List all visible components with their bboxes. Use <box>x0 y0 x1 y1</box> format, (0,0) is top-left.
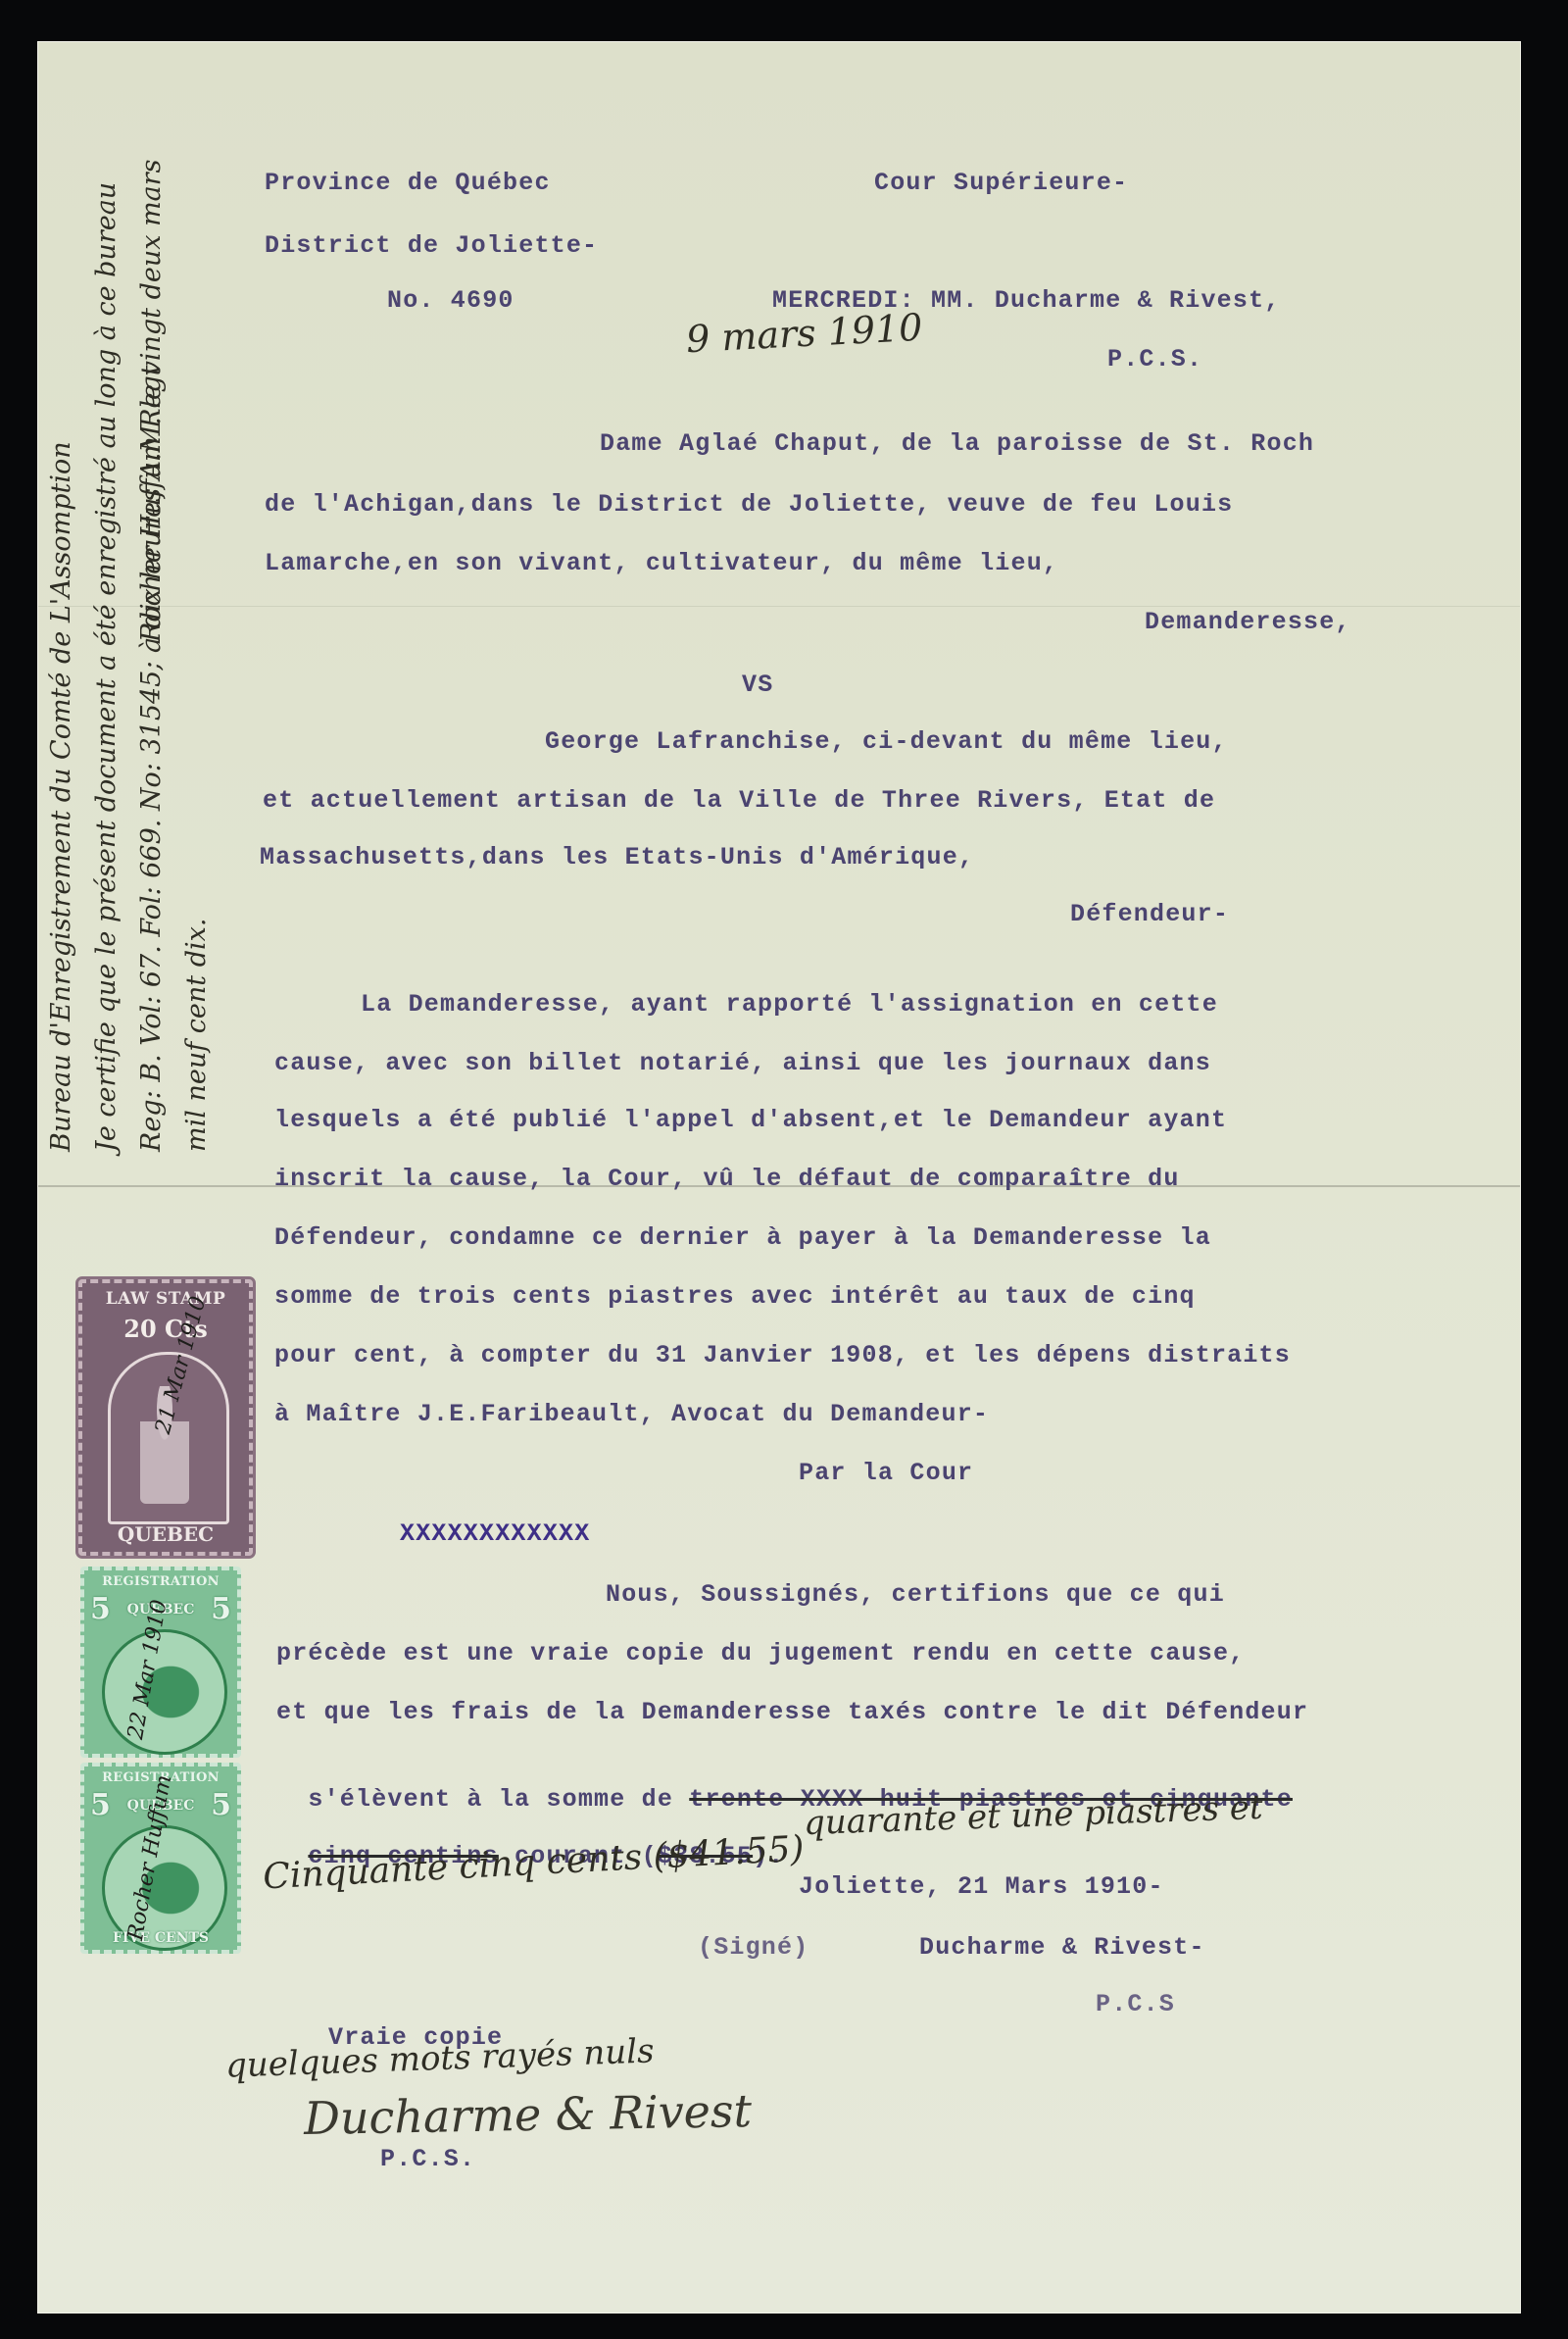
registration-stamp: REGISTRATION 5 QUEBEC 5 FIVE CENTS Roche… <box>80 1763 241 1954</box>
plaintiff-line: de l'Achigan,dans le District de Joliett… <box>265 490 1233 519</box>
margin-registration-note: Bureau d'Enregistrement du Comté de L'As… <box>39 54 174 1152</box>
plaintiff-role: Demanderesse, <box>1145 608 1351 636</box>
defendant-role: Défendeur- <box>1070 900 1229 928</box>
margin-note-line: Bureau d'Enregistrement du Comté de L'As… <box>39 54 84 1152</box>
district-label: District de Joliette- <box>265 231 598 260</box>
certificate-line: et que les frais de la Demanderesse taxé… <box>276 1698 1308 1726</box>
signatories: Ducharme & Rivest- <box>919 1933 1205 1962</box>
margin-note-line: mil neuf cent dix. <box>174 54 220 1152</box>
place-date: Joliette, 21 Mars 1910- <box>799 1872 1164 1901</box>
beaver-icon <box>102 1629 227 1755</box>
case-number: No. 4690 <box>387 286 514 315</box>
registration-stamp: REGISTRATION 5 QUEBEC 5 22 Mar 1910 <box>80 1567 241 1758</box>
law-stamp-header: LAW STAMP <box>82 1289 249 1309</box>
judgment-signature: Par la Cour <box>799 1459 973 1487</box>
versus-label: VS <box>742 671 773 699</box>
judgment-line: La Demanderesse, ayant rapporté l'assign… <box>361 990 1218 1019</box>
judgment-line: inscrit la cause, la Cour, vû le défaut … <box>274 1165 1180 1193</box>
law-stamp-footer: QUEBEC <box>82 1522 249 1546</box>
handwritten-signature: Ducharme & Rivest <box>304 2084 753 2145</box>
defendant-line: et actuellement artisan de la Ville de T… <box>263 786 1215 815</box>
struck-out-text: XXXXXXXXXXXX <box>400 1519 590 1548</box>
signed-label: (Signé) <box>698 1933 808 1962</box>
reg-stamp-value: 5 <box>211 1592 231 1626</box>
judgment-line: pour cent, à compter du 31 Janvier 1908,… <box>274 1341 1291 1369</box>
certificate-line: précède est une vraie copie du jugement … <box>276 1639 1245 1667</box>
attorneys-suffix: P.C.S. <box>1107 345 1202 373</box>
amount-prefix: s'élèvent à la somme de <box>308 1785 689 1814</box>
reg-stamp-footer: FIVE CENTS <box>84 1930 237 1946</box>
court-label: Cour Supérieure- <box>874 169 1128 197</box>
judgment-line: à Maître J.E.Faribeault, Avocat du Deman… <box>274 1400 989 1428</box>
reg-stamp-header: REGISTRATION <box>84 1574 237 1589</box>
law-stamp-value: 20 Cts <box>82 1315 249 1343</box>
judgment-line: lesquels a été publié l'appel d'absent,e… <box>274 1106 1227 1134</box>
plaintiff-line: Dame Aglaé Chaput, de la paroisse de St.… <box>600 429 1314 458</box>
margin-note-line: Je certifie que le présent document a ét… <box>84 54 129 1152</box>
defendant-line: Massachusetts,dans les Etats-Unis d'Amér… <box>260 843 974 871</box>
true-copy-suffix: P.C.S. <box>380 2145 475 2173</box>
reg-stamp-value: 5 <box>211 1788 231 1822</box>
reg-stamp-value: 5 <box>90 1592 111 1626</box>
plaintiff-line: Lamarche,en son vivant, cultivateur, du … <box>265 549 1058 577</box>
judgment-line: cause, avec son billet notarié, ainsi qu… <box>274 1049 1211 1077</box>
law-stamp: LAW STAMP 20 Cts QUEBEC 21 Mar 1910 <box>78 1279 253 1556</box>
judgment-line: somme de trois cents piastres avec intér… <box>274 1282 1196 1311</box>
reg-stamp-value: 5 <box>90 1788 111 1822</box>
signatories-suffix: P.C.S <box>1096 1990 1175 2018</box>
defendant-line: George Lafranchise, ci-devant du même li… <box>545 727 1228 756</box>
province-label: Province de Québec <box>265 169 551 197</box>
certificate-line: Nous, Soussignés, certifions que ce qui <box>606 1580 1225 1609</box>
judgment-line: Défendeur, condamne ce dernier à payer à… <box>274 1223 1211 1252</box>
